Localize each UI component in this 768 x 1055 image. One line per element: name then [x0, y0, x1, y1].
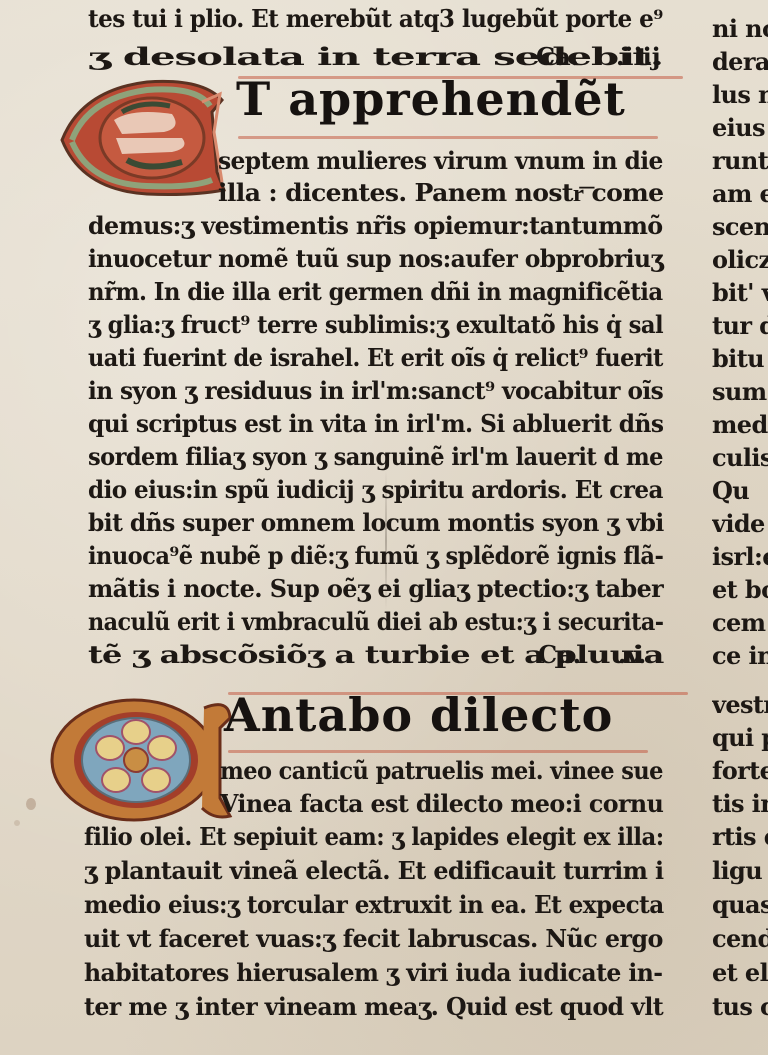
- text-line: sordem filiaʒ syon ʒ sanguinẽ irl'm laue…: [88, 442, 663, 472]
- chapter-number: .iiij: [616, 42, 660, 72]
- chapter-number: .v.: [618, 640, 646, 670]
- text-fragment: ni no: [712, 14, 768, 44]
- text-line: ter me ʒ inter vineam meaʒ. Quid est quo…: [84, 992, 663, 1022]
- text-fragment: et bo: [712, 575, 768, 605]
- text-fragment: dera: [712, 47, 768, 77]
- text-fragment: tus c: [712, 992, 768, 1022]
- illuminated-initial-e-icon: [52, 72, 232, 202]
- text-fragment: med: [712, 410, 768, 440]
- text-fragment: cend: [712, 924, 768, 954]
- text-line: mãtis i nocte. Sup oẽʒ ei gliaʒ ptectio:…: [88, 574, 663, 604]
- text-fragment: qui p: [712, 723, 768, 753]
- text-line: demus:ʒ vestimentis nr̃is opiemur:tantum…: [88, 211, 663, 241]
- text-line: habitatores hierusalem ʒ viri iuda iudic…: [84, 958, 662, 988]
- text-line: filio olei. Et sepiuit eam: ʒ lapides el…: [84, 822, 664, 852]
- text-fragment: bit' v: [712, 278, 768, 308]
- text-fragment: ce in: [712, 641, 768, 671]
- text-fragment: scen: [712, 212, 768, 242]
- text-line: nr̃m. In die illa erit germen dñi in mag…: [88, 277, 663, 307]
- text-fragment: am e: [712, 179, 768, 209]
- chapter-label: Ca.: [538, 640, 581, 670]
- text-fragment: ligu: [712, 856, 762, 886]
- text-fragment: runt.: [712, 146, 768, 176]
- text-line: septem mulieres virum vnum in die: [218, 146, 663, 176]
- text-fragment: tur d: [712, 311, 768, 341]
- text-line: ʒ glia:ʒ fruct⁹ terre sublimis:ʒ exultat…: [88, 310, 663, 340]
- text-line: bit dñs super omnem locum montis syon ʒ …: [88, 508, 664, 538]
- text-fragment: lus n: [712, 80, 768, 110]
- text-fragment: bitu: [712, 344, 764, 374]
- text-fragment: sum: [712, 377, 767, 407]
- text-fragment: isrl:e: [712, 542, 768, 572]
- text-line: in syon ʒ residuus in irl'm:sanct⁹ vocab…: [88, 376, 663, 406]
- text-line: inuocetur nomẽ tuũ sup nos:aufer obprobr…: [88, 244, 663, 274]
- text-line: medio eius:ʒ torcular extruxit in ea. Et…: [84, 890, 664, 920]
- text-line: naculũ erit i vmbraculũ diei ab estu:ʒ i…: [88, 607, 663, 637]
- text-fragment: cem: [712, 608, 765, 638]
- text-fragment: olicz: [712, 245, 768, 275]
- rubric-rule: [228, 750, 648, 753]
- text-line: dio eius:in spũ iudicij ʒ spiritu ardori…: [88, 475, 663, 505]
- text-line: Vinea facta est dilecto meo:i cornu: [220, 789, 663, 819]
- text-fragment: eius: [712, 113, 765, 143]
- section-heading: T apprehendẽt: [236, 72, 626, 126]
- text-fragment: culis: [712, 443, 768, 473]
- text-fragment: vestr: [712, 690, 768, 720]
- text-fragment: rtis e: [712, 822, 768, 852]
- text-fragment: et elo: [712, 958, 768, 988]
- section-heading: Antabo dilecto: [224, 688, 613, 742]
- text-line: inuoca⁹ẽ nubẽ p diẽ:ʒ fumũ ʒ splẽdorẽ ig…: [88, 541, 663, 571]
- adjacent-column-fragment: ni no dera lus n eius runt. am e scen ol…: [712, 0, 768, 1055]
- text-line: ʒ plantauit vineã electã. Et edificauit …: [84, 856, 663, 886]
- foxing-stain: [14, 820, 20, 826]
- text-fragment: tis in: [712, 789, 768, 819]
- text-line: illa : dicentes. Panem nostr͞ come: [218, 178, 663, 208]
- foxing-stain: [26, 798, 36, 810]
- rubric-rule: [238, 136, 658, 139]
- text-line: tes tui i plio. Et merebũt atq3 lugebũt …: [88, 4, 663, 34]
- text-fragment: Qu: [712, 476, 749, 506]
- text-fragment: quas: [712, 890, 768, 920]
- text-line: uati fuerint de israhel. Et erit oĩs q̇ …: [88, 343, 663, 373]
- illuminated-initial-c-icon: [44, 688, 234, 828]
- text-fragment: forte: [712, 756, 768, 786]
- text-fragment: vide: [712, 509, 765, 539]
- chapter-label: Ca.: [536, 42, 579, 72]
- text-line: uit vt faceret vuas:ʒ fecit labruscas. N…: [84, 924, 663, 954]
- text-line: qui scriptus est in vita in irl'm. Si ab…: [88, 409, 663, 439]
- text-line: meo canticũ patruelis mei. vinee sue: [220, 756, 663, 786]
